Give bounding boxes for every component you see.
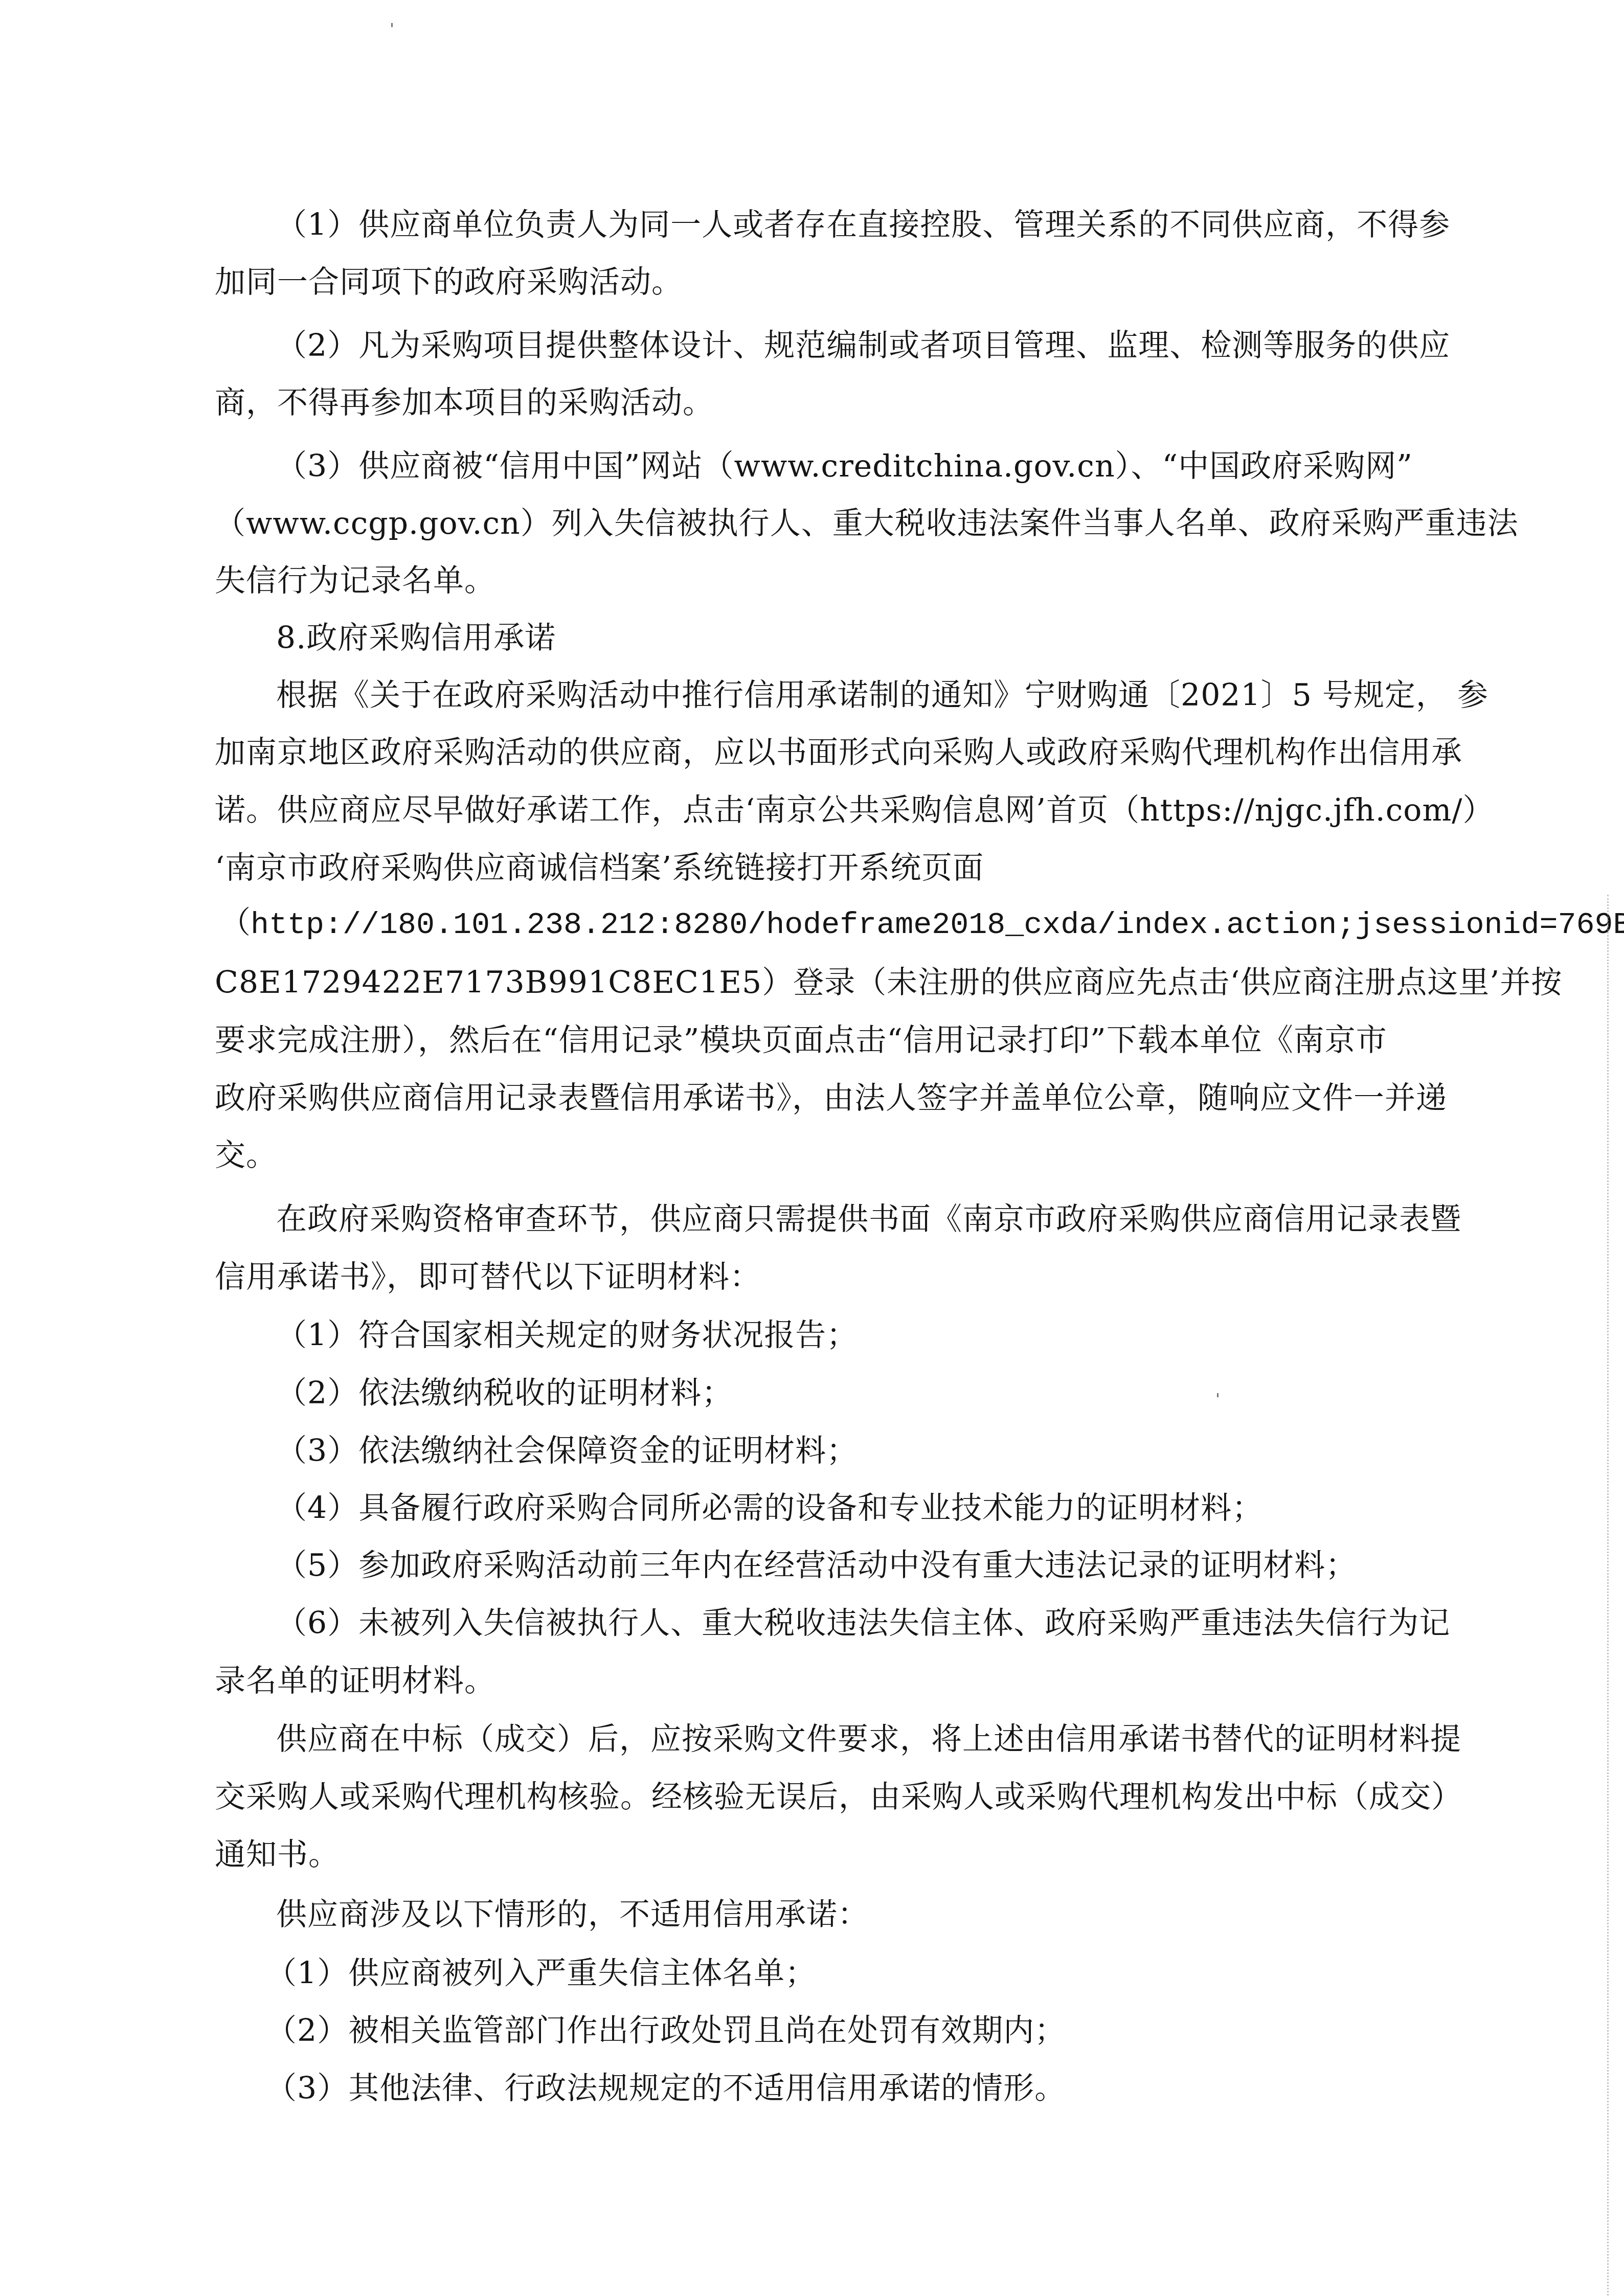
paragraph-line: （2）凡为采购项目提供整体设计、规范编制或者项目管理、监理、检测等服务的供应: [276, 325, 1450, 366]
list-item: （2）依法缴纳税收的证明材料；: [276, 1373, 733, 1414]
list-item: （6）未被列入失信被执行人、重大税收违法失信主体、政府采购严重违法失信行为记: [276, 1603, 1450, 1644]
paragraph-line: 要求完成注册），然后在“信用记录”模块页面点击“信用记录打印”下载本单位《南京市: [215, 1020, 1387, 1061]
paragraph-line: 交采购人或采购代理机构核验。经核验无误后，由采购人或采购代理机构发出中标（成交）: [215, 1777, 1462, 1817]
paragraph-line: 供应商在中标（成交）后，应按采购文件要求，将上述由信用承诺书替代的证明材料提: [276, 1719, 1461, 1760]
url-line: （http://180.101.238.212:8280/hodeframe20…: [220, 905, 1624, 946]
paragraph-line: ‘南京市政府采购供应商诚信档案’系统链接打开系统页面: [215, 848, 984, 889]
paragraph-line: 加南京地区政府采购活动的供应商，应以书面形式向采购人或政府采购代理机构作出信用承: [215, 732, 1462, 773]
paragraph-line: 交。: [215, 1135, 277, 1176]
paragraph-line: 诺。供应商应尽早做好承诺工作，点击‘南京公共采购信息网’首页（https://n…: [215, 790, 1494, 831]
paragraph-line: 加同一合同项下的政府采购活动。: [215, 262, 683, 303]
list-item: （1）供应商被列入严重失信主体名单；: [266, 1953, 816, 1994]
paragraph-line: （1）供应商单位负责人为同一人或者存在直接控股、管理关系的不同供应商，不得参: [276, 204, 1450, 245]
paragraph-line: 政府采购供应商信用记录表暨信用承诺书》，由法人签字并盖单位公章，随响应文件一并递: [215, 1078, 1447, 1119]
paragraph-line: 失信行为记录名单。: [215, 560, 495, 601]
section-heading: 8.政府采购信用承诺: [276, 618, 556, 658]
list-item: （5）参加政府采购活动前三年内在经营活动中没有重大违法记录的证明材料；: [276, 1545, 1357, 1586]
list-item: （4）具备履行政府采购合同所必需的设备和专业技术能力的证明材料；: [276, 1488, 1263, 1529]
list-item: （3）依法缴纳社会保障资金的证明材料；: [276, 1430, 858, 1471]
list-item: （3）其他法律、行政法规规定的不适用信用承诺的情形。: [266, 2068, 1066, 2109]
paragraph-line: 通知书。: [215, 1834, 340, 1875]
scan-speck: [391, 23, 393, 27]
paragraph-line: （3）供应商被“信用中国”网站（www.creditchina.gov.cn）、…: [276, 446, 1413, 487]
paragraph-line: 根据《关于在政府采购活动中推行信用承诺制的通知》宁财购通〔2021〕5 号规定，…: [276, 675, 1488, 716]
document-page: （1）供应商单位负责人为同一人或者存在直接控股、管理关系的不同供应商，不得参 加…: [0, 0, 1624, 2296]
paragraph-line: 在政府采购资格审查环节，供应商只需提供书面《南京市政府采购供应商信用记录表暨: [276, 1199, 1461, 1240]
scan-speck: [1217, 1393, 1219, 1397]
list-item-continuation: 录名单的证明材料。: [215, 1661, 495, 1701]
list-item: （2）被相关监管部门作出行政处罚且尚在处罚有效期内；: [266, 2010, 1066, 2051]
paragraph-line: C8E1729422E7173B991C8EC1E5）登录（未注册的供应商应先点…: [215, 962, 1562, 1003]
list-item: （1）符合国家相关规定的财务状况报告；: [276, 1315, 858, 1356]
paragraph-line: 信用承诺书》，即可替代以下证明材料：: [215, 1257, 761, 1298]
scan-edge-artifact: [1607, 895, 1609, 2295]
paragraph-line: 供应商涉及以下情形的，不适用信用承诺：: [276, 1894, 869, 1935]
paragraph-line: 商，不得再参加本项目的采购活动。: [215, 382, 714, 423]
paragraph-line: （www.ccgp.gov.cn）列入失信被执行人、重大税收违法案件当事人名单、…: [215, 503, 1519, 544]
